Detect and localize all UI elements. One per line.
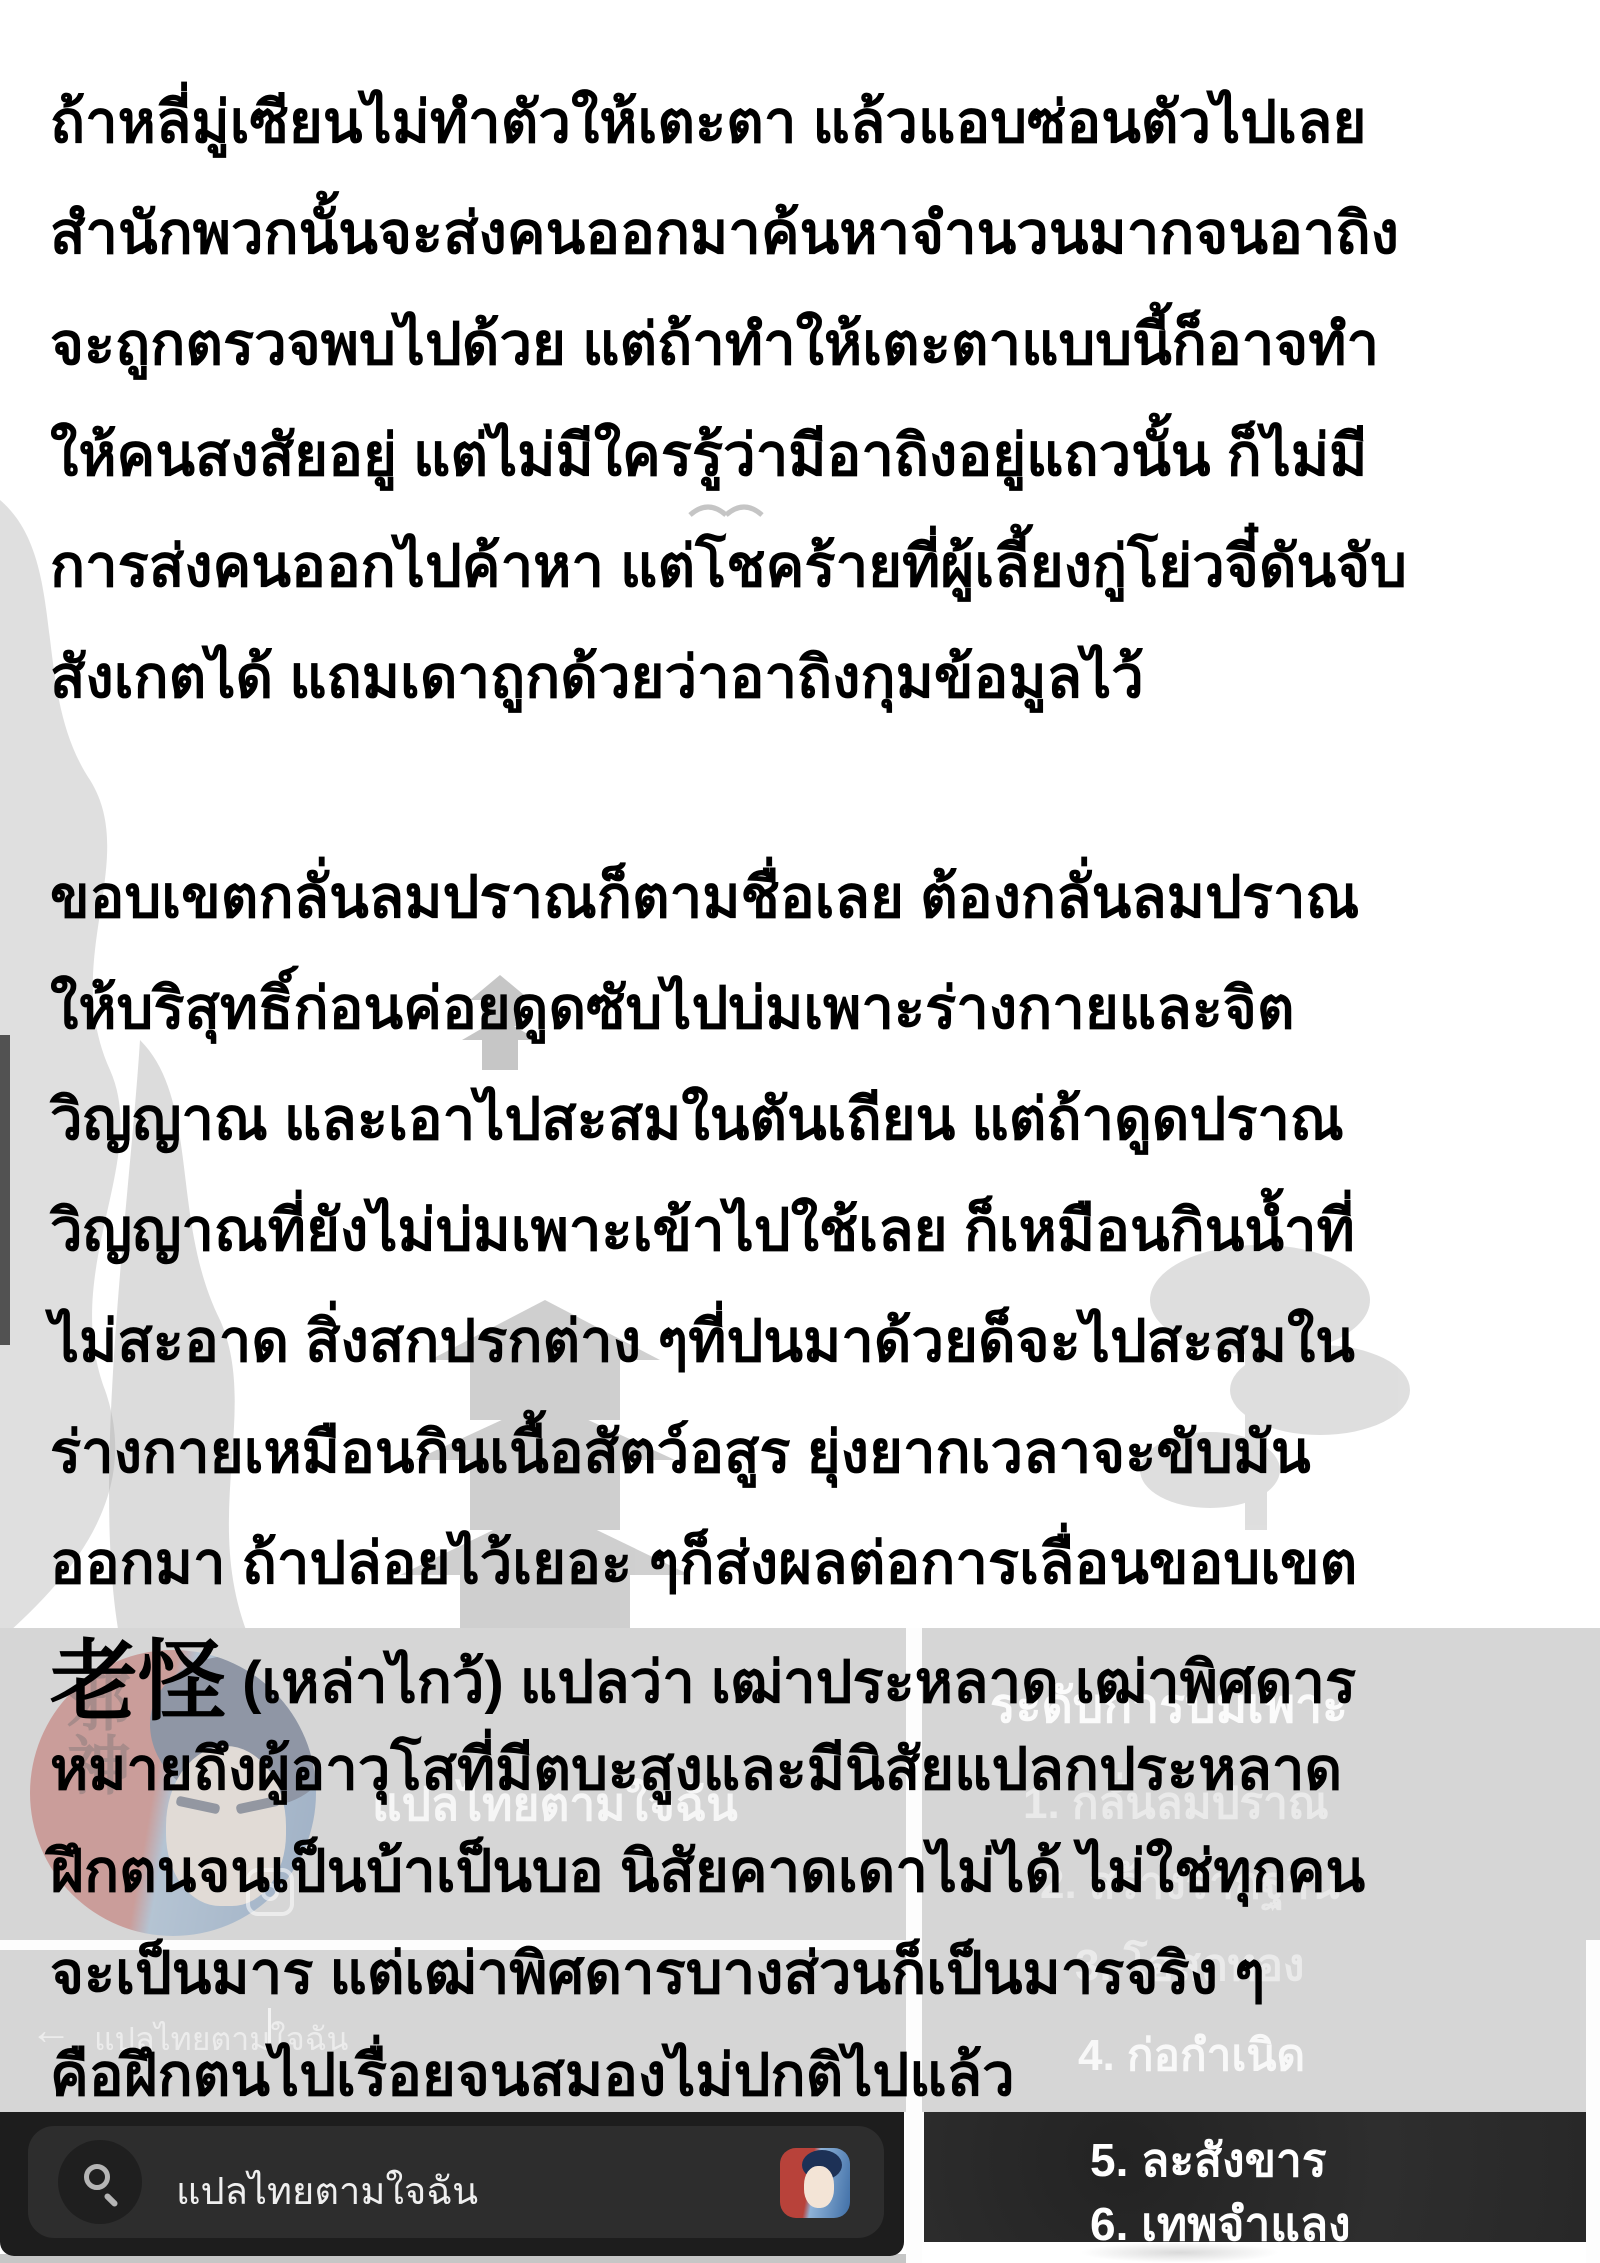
search-bar-panel: แปลไทยตามใจฉัน (0, 2112, 904, 2256)
chinese-term: 老怪 (50, 1630, 226, 1733)
cultivation-item-6: 6. เทพจำแลง (1090, 2188, 1351, 2261)
text-line: การส่งคนออกไปค้าหา แต่โชคร้ายที่ผู้เลี้ย… (50, 519, 1570, 612)
search-query-text: แปลไทยตามใจฉัน (176, 2160, 478, 2221)
search-input[interactable]: แปลไทยตามใจฉัน (28, 2126, 884, 2238)
note-line-1: 老怪 (เหล่าไกว้) แปลว่า เฒ่าประหลาด เฒ่าพิ… (50, 1612, 1570, 1738)
app-icon-face (804, 2166, 834, 2208)
search-icon (84, 2164, 110, 2190)
text-line: ให้คนสงสัยอยู่ แต่ไม่มีใครรู้ว่ามีอาถิงอ… (50, 408, 1570, 501)
text-line: ออกมา ถ้าปล่อยไว้เยอะ ๆก็ส่งผลต่อการเลื่… (50, 1516, 1570, 1609)
text-line: ขอบเขตกลั่นลมปราณก็ตามชื่อเลย ต้องกลั่นล… (50, 850, 1570, 943)
text-line: สำนักพวกนั้นจะส่งคนออกมาค้นหาจำนวนมากจนอ… (50, 186, 1570, 279)
text-line: คือฝึกตนไปเรื่อยจนสมองไม่ปกติไปแล้ว (50, 2028, 1570, 2121)
cultivation-item-5: 5. ละสังขาร (1090, 2124, 1327, 2197)
text-line: จะถูกตรวจพบไปด้วย แต่ถ้าทำให้เตะตาแบบนี้… (50, 297, 1570, 390)
text-line: ให้บริสุทธิ์ก่อนค่อยดูดซับไปบ่มเพาะร่างก… (50, 961, 1570, 1054)
text-line: สังเกตได้ แถมเดาถูกด้วยว่าอาถิงกุมข้อมูล… (50, 630, 1570, 723)
cultivation-list-panel: 5. ละสังขาร 6. เทพจำแลง (924, 2112, 1586, 2242)
bird-icon (690, 507, 762, 515)
ink-edge-stroke (0, 1035, 10, 1345)
text-line: ฝึกตนจนเป็นบ้าเป็นบอ นิสัยคาดเดาไม่ได้ ไ… (50, 1824, 1570, 1917)
search-icon-button[interactable] (58, 2140, 142, 2224)
text-line: หมายถึงผู้อาวุโสที่มีตบะสูงและมีนิสัยแปล… (50, 1722, 1570, 1815)
search-icon-handle (103, 2192, 119, 2208)
text-line: ถ้าหลี่มู่เซียนไม่ทำตัวให้เตะตา แล้วแอบซ… (50, 75, 1570, 168)
text-line: ร่างกายเหมือนกินเนื้อสัตว์อสูร ยุ่งยากเว… (50, 1405, 1570, 1498)
right-edge-strip (1586, 1940, 1600, 2263)
text-line: จะเป็นมาร แต่เฒ่าพิศดารบางส่วนก็เป็นมารจ… (50, 1926, 1570, 2019)
game-app-icon[interactable] (780, 2148, 850, 2218)
text-line: วิญญาณที่ยังไม่บ่มเพาะเข้าไปใช้เลย ก็เหม… (50, 1183, 1570, 1276)
screenshot-page: 邪神 แปลไทยตามใจฉัน ← แปลไทยตามใจฉัน ระดับ… (0, 0, 1600, 2263)
text-line: ไม่สะอาด สิ่งสกปรกต่าง ๆที่ปนมาด้วยด็จะไ… (50, 1294, 1570, 1387)
note-line-1-text: (เหล่าไกว้) แปลว่า เฒ่าประหลาด เฒ่าพิศดา… (226, 1650, 1356, 1715)
text-line: วิญญาณ และเอาไปสะสมในตันเถียน แต่ถ้าดูดป… (50, 1072, 1570, 1165)
